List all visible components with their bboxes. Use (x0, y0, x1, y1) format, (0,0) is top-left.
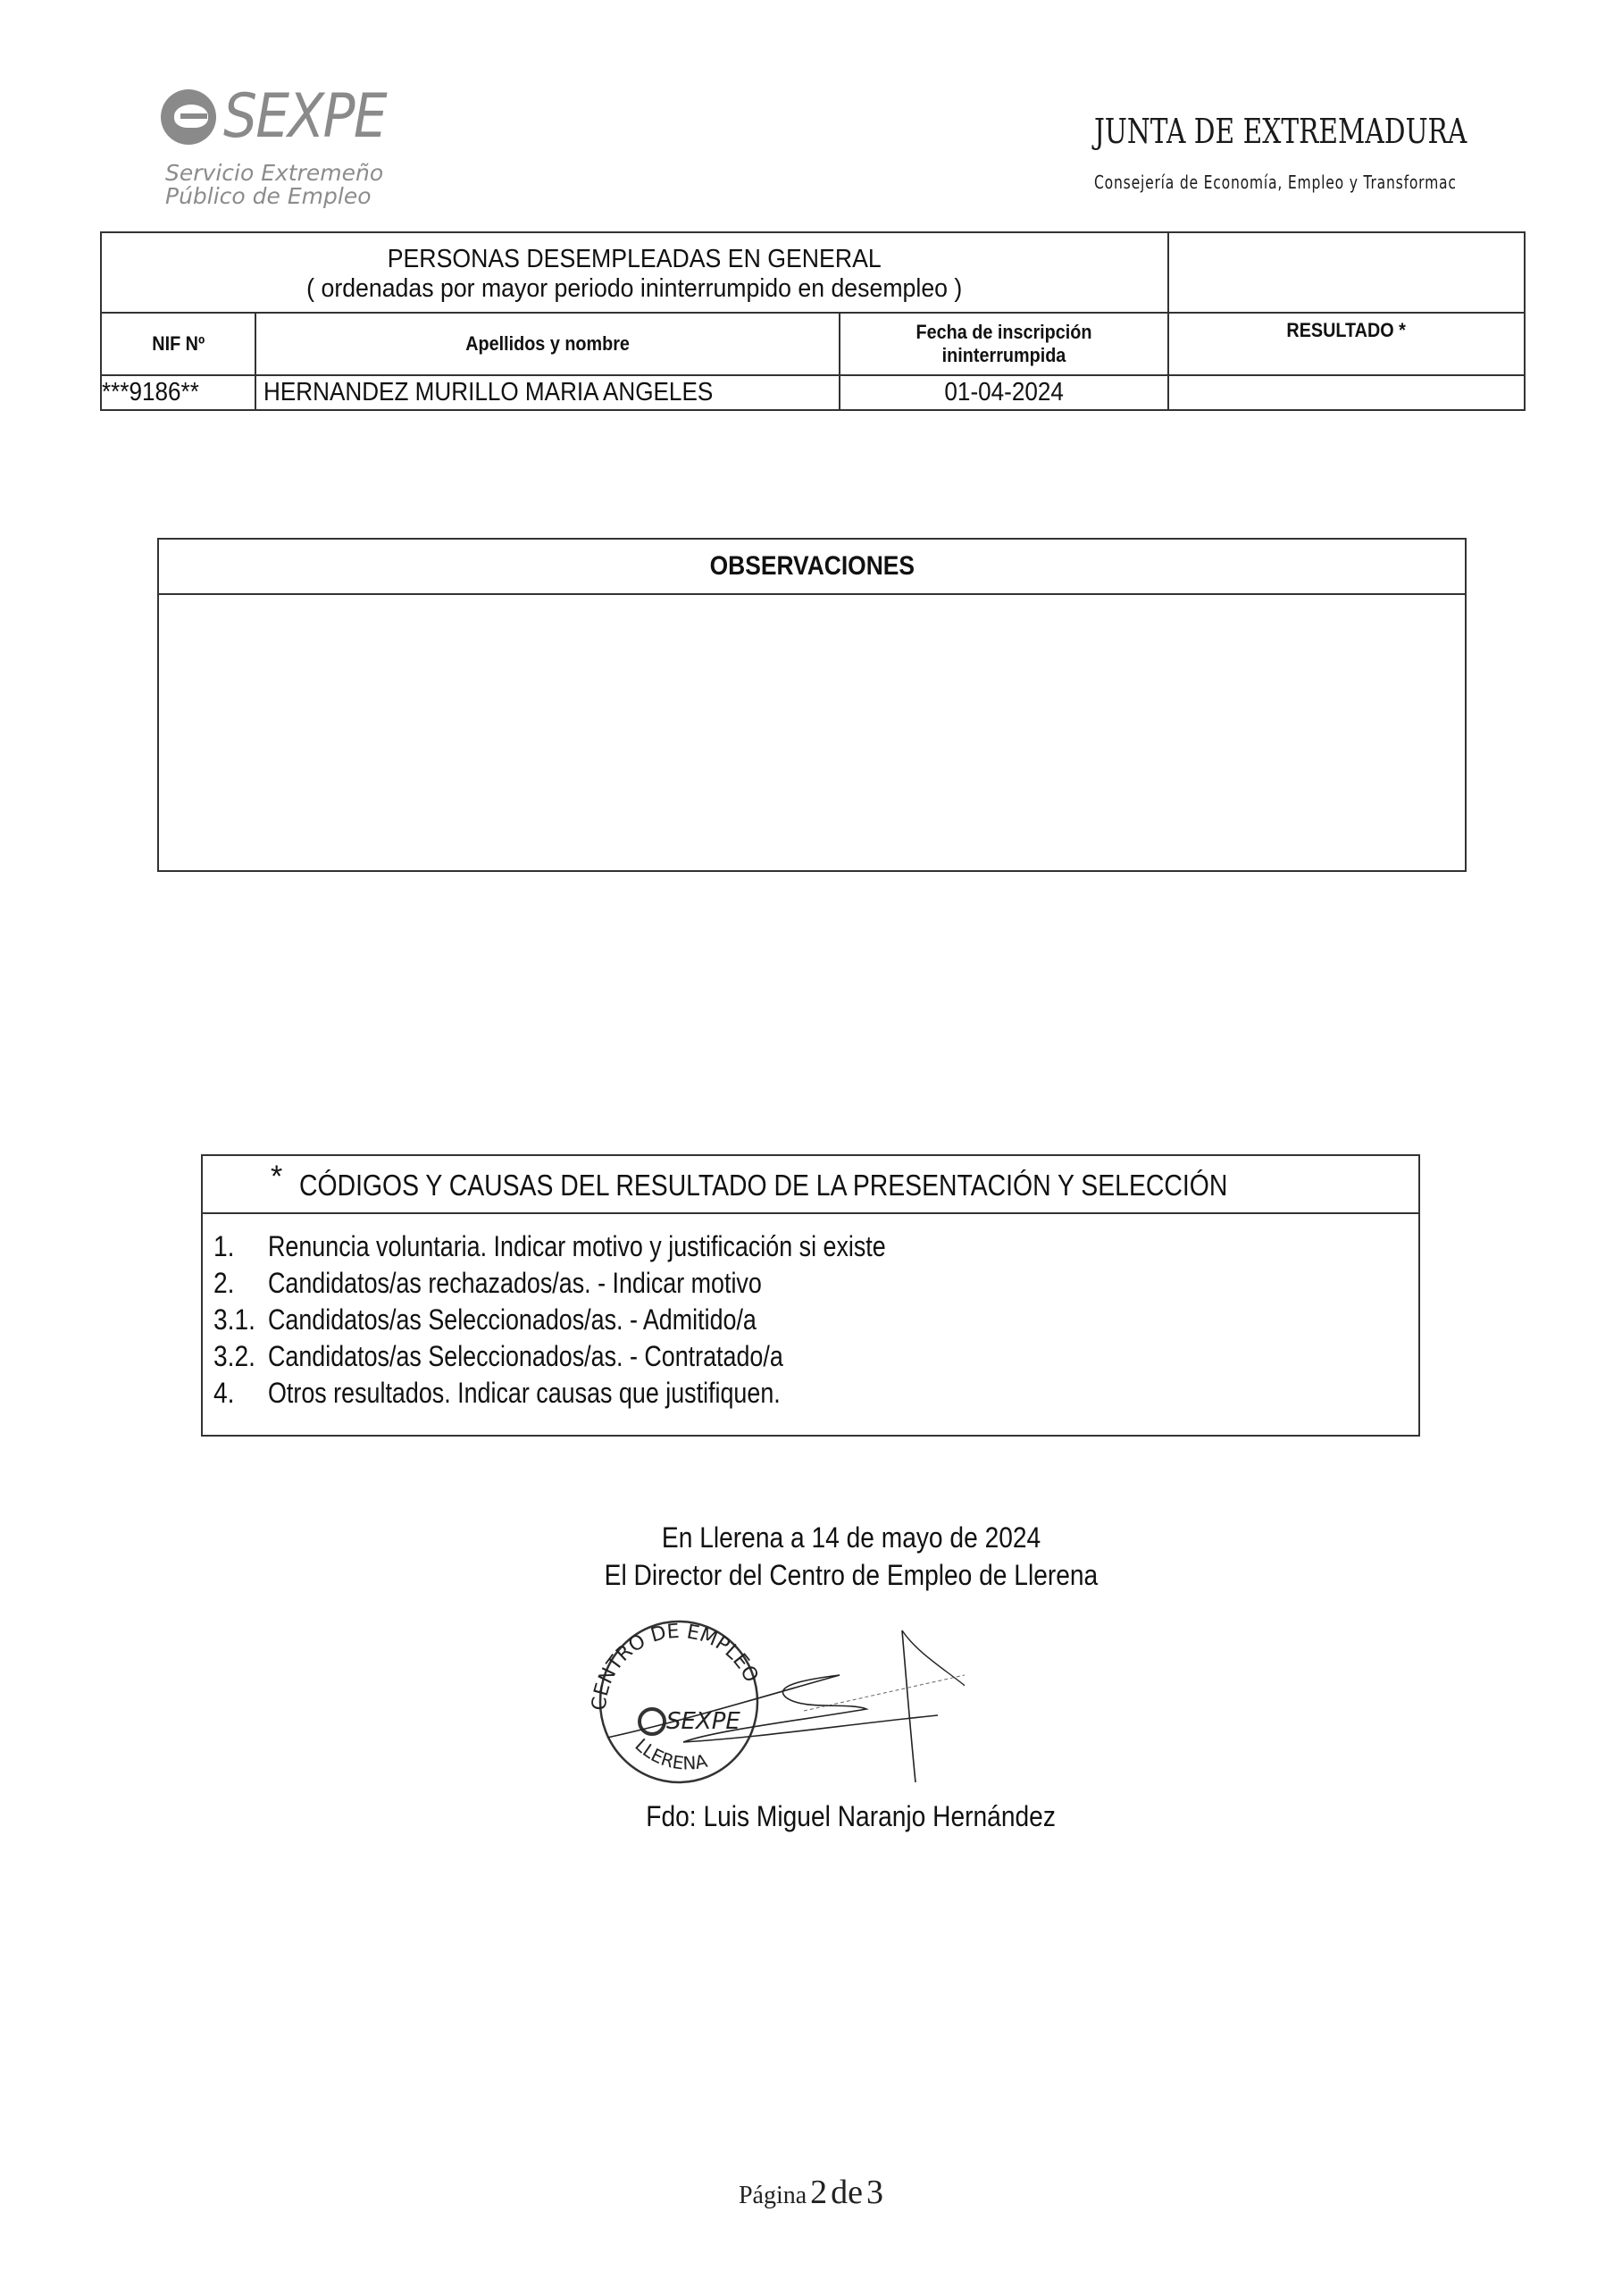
list-item: 4.Otros resultados. Indicar causas que j… (213, 1375, 1418, 1412)
codes-header: * CÓDIGOS Y CAUSAS DEL RESULTADO DE LA P… (203, 1156, 1418, 1214)
sexpe-logo: SEXPE Servicio Extremeño Público de Empl… (143, 82, 411, 212)
list-item: 1.Renuncia voluntaria. Indicar motivo y … (213, 1228, 1418, 1265)
page-current: 2 (810, 2174, 827, 2211)
institution-department: Consejería de Economía, Empleo y Transfo… (1094, 172, 1457, 193)
table-title-blank (1168, 232, 1526, 313)
codes-title: CÓDIGOS Y CAUSAS DEL RESULTADO DE LA PRE… (299, 1169, 1227, 1202)
table-title: PERSONAS DESEMPLEADAS EN GENERAL ( orden… (101, 232, 1168, 313)
official-stamp-and-signature: CENTRO DE EMPLEO LLERENA SEXPE (581, 1613, 965, 1791)
table-title-line1: PERSONAS DESEMPLEADAS EN GENERAL (145, 245, 1125, 274)
logo-brand: SEXPE (223, 82, 386, 152)
col-header-date: Fecha de inscripción ininterrumpida (840, 313, 1168, 375)
cell-result[interactable] (1168, 375, 1526, 410)
page-label: Página (739, 2182, 807, 2209)
logo-subtitle-2: Público de Empleo (165, 184, 372, 209)
logo-subtitle-1: Servicio Extremeño (165, 161, 383, 186)
cell-nif: ***9186** (101, 375, 255, 410)
stamp-seal-icon: CENTRO DE EMPLEO LLERENA SEXPE (581, 1613, 965, 1791)
cell-date: 01-04-2024 (840, 375, 1168, 410)
persons-table: PERSONAS DESEMPLEADAS EN GENERAL ( orden… (100, 231, 1526, 411)
codes-box: * CÓDIGOS Y CAUSAS DEL RESULTADO DE LA P… (201, 1154, 1420, 1437)
signer-role: El Director del Centro de Empleo de Ller… (0, 1559, 1622, 1592)
observaciones-title: OBSERVACIONES (709, 551, 914, 582)
sexpe-e-logo-icon (161, 89, 216, 145)
col-header-nif: NIF Nº (101, 313, 255, 375)
list-item: 3.2.Candidatos/as Seleccionados/as. - Co… (213, 1338, 1418, 1375)
list-item: 2.Candidatos/as rechazados/as. - Indicar… (213, 1265, 1418, 1302)
cell-name: HERNANDEZ MURILLO MARIA ANGELES (255, 375, 840, 410)
svg-text:LLERENA: LLERENA (631, 1734, 709, 1774)
observaciones-box: OBSERVACIONES (157, 538, 1467, 872)
codes-list: 1.Renuncia voluntaria. Indicar motivo y … (203, 1214, 1418, 1412)
observaciones-header: OBSERVACIONES (159, 540, 1465, 595)
col-header-name: Apellidos y nombre (255, 313, 840, 375)
place-date: En Llerena a 14 de mayo de 2024 (0, 1521, 1622, 1554)
signer-name: Fdo: Luis Miguel Naranjo Hernández (0, 1800, 1622, 1833)
page-of: de (831, 2174, 863, 2211)
svg-text:CENTRO DE EMPLEO: CENTRO DE EMPLEO (589, 1621, 763, 1712)
list-item: 3.1.Candidatos/as Seleccionados/as. - Ad… (213, 1302, 1418, 1338)
institution-title: JUNTA DE EXTREMADURA (1094, 112, 1467, 151)
page-total: 3 (866, 2174, 883, 2211)
table-row: ***9186** HERNANDEZ MURILLO MARIA ANGELE… (101, 375, 1525, 410)
page-number: Página 2 de 3 (0, 2173, 1622, 2212)
asterisk: * (271, 1160, 282, 1194)
table-title-line2: ( ordenadas por mayor periodo ininterrum… (145, 274, 1125, 304)
col-header-result: RESULTADO * (1168, 313, 1526, 375)
